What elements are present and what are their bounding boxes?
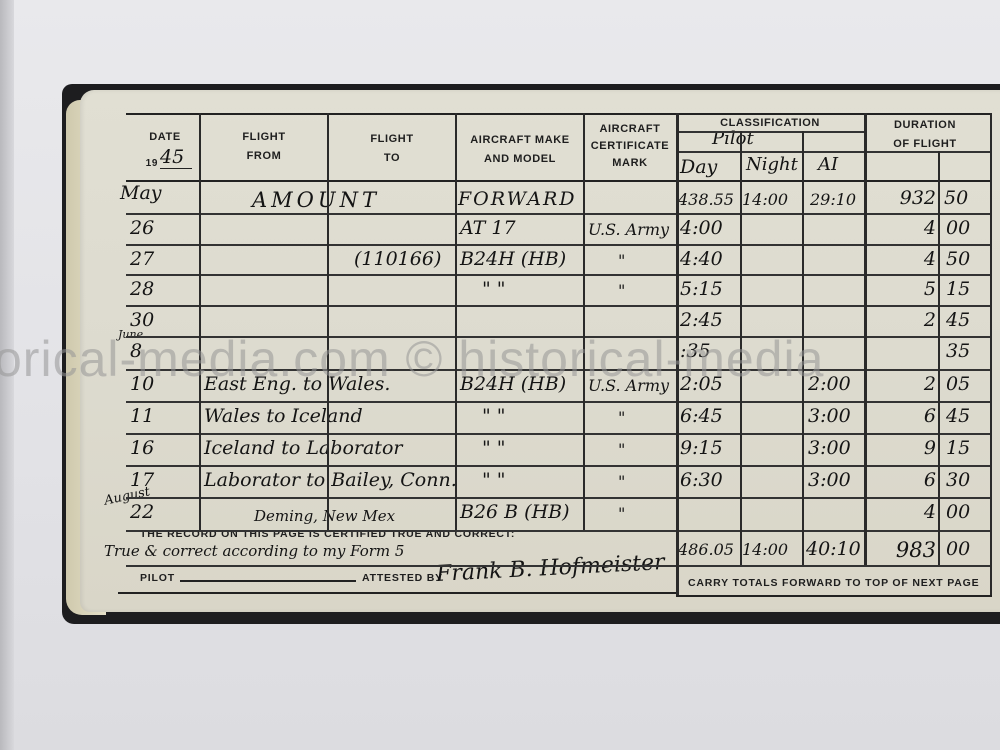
grid-line [802,131,804,565]
header-text: TO [328,149,456,168]
row-aircraft-cert: " [618,504,625,523]
grid-line [126,213,992,215]
grid-line [126,530,992,532]
grid-line [583,113,585,530]
grid-line [199,113,201,530]
grid-line [126,433,992,435]
row-duration-minutes: 45 [946,405,970,427]
row-aircraft-cert: " [618,281,625,300]
header-class-night: Night [746,154,798,175]
row-aircraft-cert: U.S. Army [588,220,669,239]
grid-line [126,465,992,467]
header-text: CERTIFICATE [584,138,676,155]
row-duration-hours: 2 [880,373,936,395]
row-flight-from: East Eng. to Wales. [204,373,390,395]
row-date-month: June [118,328,143,341]
header-flight-from: FLIGHT FROM [200,128,328,166]
grid-line [455,113,457,530]
header-text: AND MODEL [456,150,584,169]
row-aircraft-model: AT 17 [460,217,516,239]
row-duration-hours: 9 [880,437,936,459]
grid-line [990,113,992,595]
row-date: 11 [130,405,154,427]
row-day: :35 [680,340,711,362]
grid-line [676,131,864,133]
attested-signature: Frank B. Hofmeister [436,550,666,587]
grid-line [126,244,992,246]
row-aircraft-model: " " [482,437,506,459]
row-aircraft-cert: " [618,408,625,427]
row-duration-minutes: 15 [946,437,970,459]
row-day: 2:45 [680,309,723,331]
grid-line [676,113,679,595]
forward-minutes: 50 [944,187,968,209]
row-aircraft-model: " " [482,405,506,427]
row-duration-minutes: 00 [946,217,970,239]
header-text: FROM [200,147,328,166]
total-ai: 40:10 [806,538,861,560]
header-class-ai: AI [818,154,838,175]
grid-line [118,592,676,594]
header-flight-to: FLIGHT TO [328,130,456,168]
pilot-signature-line [180,580,356,582]
carry-forward-instruction: CARRY TOTALS FORWARD TO TOP OF NEXT PAGE [688,577,979,589]
row-flight-from: Wales to Iceland [204,405,363,427]
row-duration-hours: 4 [880,248,936,270]
row-duration-minutes: 30 [946,469,970,491]
row-day: 4:40 [680,248,723,270]
header-aircraft-certificate: AIRCRAFT CERTIFICATE MARK [584,121,676,172]
total-hours: 983 [880,538,936,562]
handwritten-certification-note: True & correct according to my Form 5 [104,542,404,560]
row-flight-from: Laborator to Bailey, Conn. [204,469,457,491]
row-aircraft-cert: U.S. Army [588,376,669,395]
header-date: DATE [130,128,200,147]
row-aircraft-cert: " [618,472,625,491]
row-day: 6:30 [680,469,723,491]
grid-line [864,113,867,565]
row-date: 8 [130,340,142,362]
row-flight-from: Deming, New Mex [254,507,395,525]
grid-line [938,151,940,565]
row-day: 5:15 [680,278,723,300]
grid-line [126,274,992,276]
row-duration-minutes: 45 [946,309,970,331]
grid-line [126,305,992,307]
row-ai: 2:00 [808,373,851,395]
forward-hours: 932 [880,187,936,209]
grid-line [676,151,992,153]
grid-line [126,113,992,115]
header-year-prefix: 19 [128,154,158,173]
row-day: 4:00 [680,217,723,239]
row-duration-hours: 6 [880,405,936,427]
header-text: FLIGHT [328,130,456,149]
grid-line [126,497,992,499]
header-text: MARK [584,155,676,172]
row-flight-to: (110166) [354,248,441,270]
total-night: 14:00 [742,540,788,559]
row-duration-minutes: 15 [946,278,970,300]
row-aircraft-cert: " [618,251,625,270]
row-duration-minutes: 05 [946,373,970,395]
row-duration-minutes: 35 [946,340,970,362]
row-duration-hours: 4 [880,501,936,523]
row-date: 22 [130,501,154,523]
row-day: 2:05 [680,373,723,395]
row-duration-hours: 4 [880,217,936,239]
row-duration-minutes: 00 [946,501,970,523]
row-duration-hours: 2 [880,309,936,331]
row-aircraft-model: " " [482,278,506,300]
row-date: 28 [130,278,154,300]
attested-label: ATTESTED BY [362,572,443,584]
row-day: 9:15 [680,437,723,459]
pilot-label: PILOT [140,572,175,584]
grid-line [126,369,992,371]
total-minutes: 00 [946,538,970,560]
forward-day: 438.55 [678,190,734,209]
grid-line [126,565,992,567]
logbook-table: DATE 19 45 FLIGHT FROM FLIGHT TO AIRCRAF… [0,0,1000,750]
header-text: FLIGHT [200,128,328,147]
row-day: 6:45 [680,405,723,427]
forward-label: FORWARD [458,188,577,210]
header-duration: DURATION OF FLIGHT [866,116,984,154]
forward-night: 14:00 [742,190,788,209]
row-ai: 3:00 [808,437,851,459]
grid-line [126,180,992,182]
row-aircraft-model: B26 B (HB) [460,501,570,523]
header-text: AIRCRAFT MAKE [456,131,584,150]
grid-line [740,131,742,565]
header-aircraft-model: AIRCRAFT MAKE AND MODEL [456,131,584,169]
row-date: 10 [130,373,154,395]
row-flight-from: Iceland to Laborator [204,437,402,459]
forward-date: May [120,182,162,204]
grid-line [327,113,329,530]
row-date: 27 [130,248,154,270]
row-aircraft-model: B24H (HB) [460,248,566,270]
total-day: 486.05 [678,540,734,559]
row-aircraft-model: B24H (HB) [460,373,566,395]
forward-ai: 29:10 [810,190,856,209]
header-text: AIRCRAFT [584,121,676,138]
row-ai: 3:00 [808,469,851,491]
row-duration-minutes: 50 [946,248,970,270]
header-text: DURATION [866,116,984,135]
forward-amount: AMOUNT [252,188,380,212]
grid-line [126,401,992,403]
row-date: 16 [130,437,154,459]
row-aircraft-model: " " [482,469,506,491]
header-year: 45 [160,146,192,169]
row-duration-hours: 5 [880,278,936,300]
grid-line [126,336,992,338]
header-class-day: Day [680,156,717,178]
row-ai: 3:00 [808,405,851,427]
grid-line [676,595,992,597]
row-duration-hours: 6 [880,469,936,491]
row-aircraft-cert: " [618,440,625,459]
row-date: 26 [130,217,154,239]
